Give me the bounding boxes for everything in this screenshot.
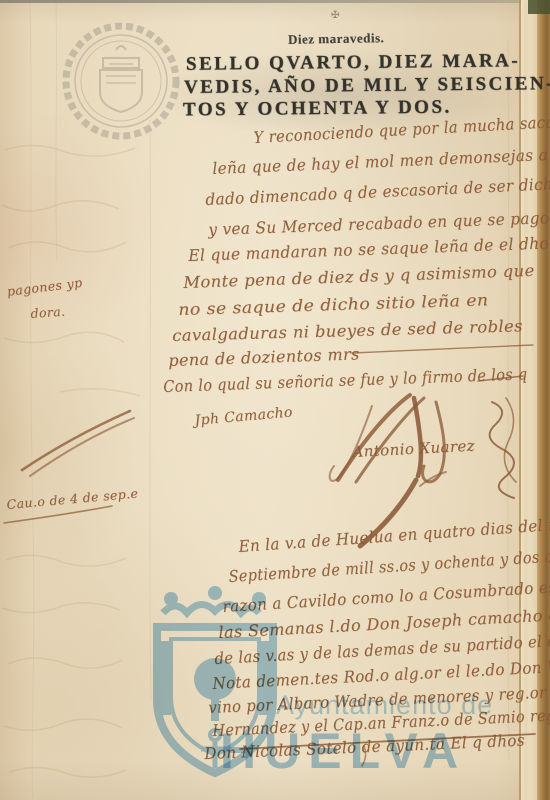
- watermark-text-line2: HUELVA: [220, 722, 466, 780]
- manuscript-page: ✠ Diez maravedis. SELLO QVARTO, DIEZ MAR…: [0, 0, 550, 800]
- watermark-text-line1: Ayuntamiento de: [276, 690, 493, 721]
